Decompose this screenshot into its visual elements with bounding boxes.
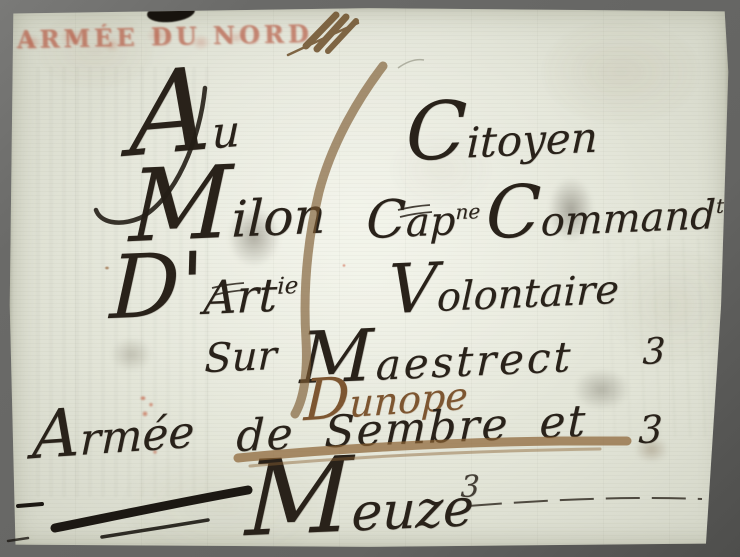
title-superscript: t <box>716 194 725 218</box>
title-base: Command <box>485 192 716 248</box>
artillery-superscript: ie <box>277 273 299 300</box>
address-word-sur: Sur <box>204 336 277 379</box>
rank-superscript: ne <box>455 199 480 224</box>
address-word-dart: D'Artie <box>109 237 300 333</box>
photo-frame: ARMÉE DU NORD Au Citoyen Milon Capne Com… <box>0 0 740 557</box>
flourish-3-after-et: 3 <box>638 410 663 449</box>
rank-base: Cap <box>366 198 456 248</box>
address-word-citoyen: Citoyen <box>405 85 599 173</box>
address-word-armee: Armée <box>32 392 195 470</box>
flourish-3-after-meuze: 3 <box>460 472 480 503</box>
letter-sheet: ARMÉE DU NORD Au Citoyen Milon Capne Com… <box>9 7 729 549</box>
flourish-3-after-maestrect: 3 <box>642 334 666 371</box>
address-word-meuze: Meuze <box>244 437 475 551</box>
address-word-capne: Capne <box>366 190 481 247</box>
red-ink-speck <box>339 261 349 270</box>
address-word-commandt: Commandt <box>485 167 725 250</box>
artillery-base: D'Art <box>109 268 278 329</box>
